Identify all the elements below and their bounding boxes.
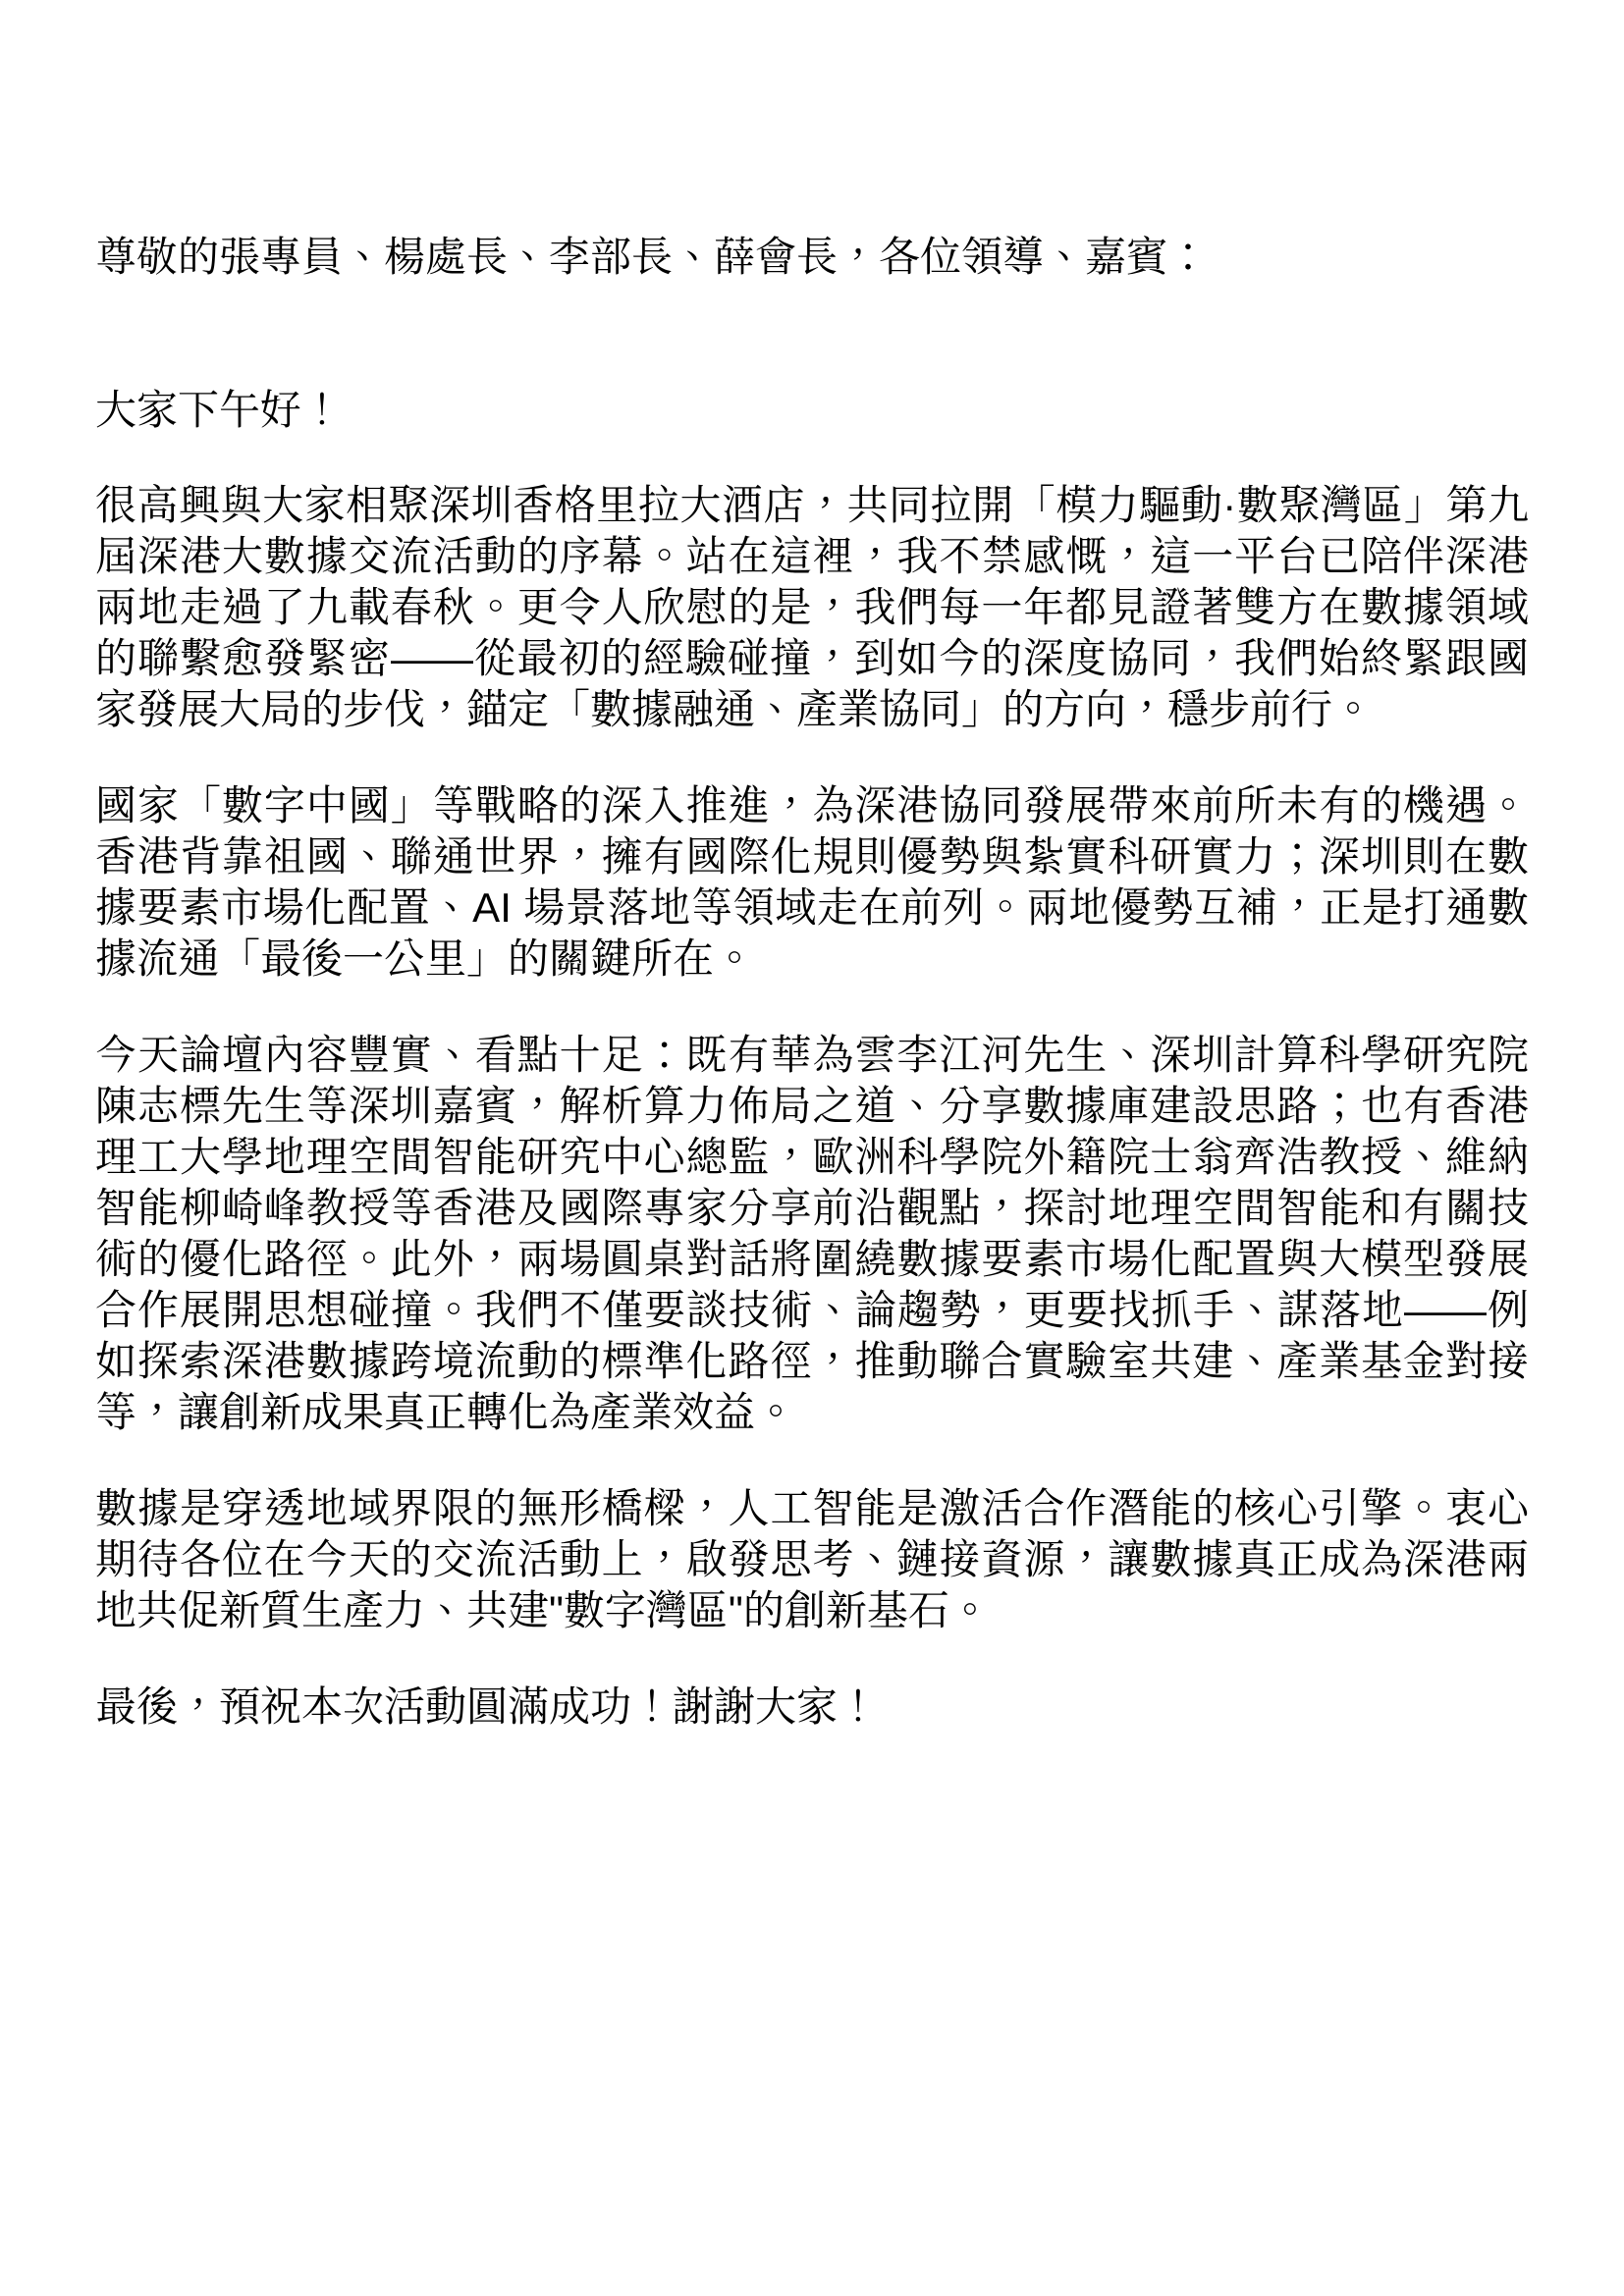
document-page: 尊敬的張專員、楊處長、李部長、薛會長，各位領導、嘉賓： 大家下午好！ 很高興與大… [0, 0, 1624, 2296]
closing-line: 最後，預祝本次活動圓滿成功！謝謝大家！ [95, 1682, 1529, 1733]
paragraph-vision: 數據是穿透地域界限的無形橋樑，人工智能是激活合作潛能的核心引擎。衷心期待各位在今… [95, 1483, 1529, 1636]
greeting-line: 大家下午好！ [95, 385, 1529, 436]
paragraph-opening: 很高興與大家相聚深圳香格里拉大酒店，共同拉開「模力驅動·數聚灣區」第九屆深港大數… [95, 480, 1529, 735]
salutation-line: 尊敬的張專員、楊處長、李部長、薛會長，各位領導、嘉賓： [95, 232, 1529, 283]
paragraph-forum-highlights: 今天論壇內容豐實、看點十足：既有華為雲李江河先生、深圳計算科學研究院陳志標先生等… [95, 1030, 1529, 1438]
paragraph-strategy: 國家「數字中國」等戰略的深入推進，為深港協同發展帶來前所未有的機遇。香港背靠祖國… [95, 780, 1529, 985]
